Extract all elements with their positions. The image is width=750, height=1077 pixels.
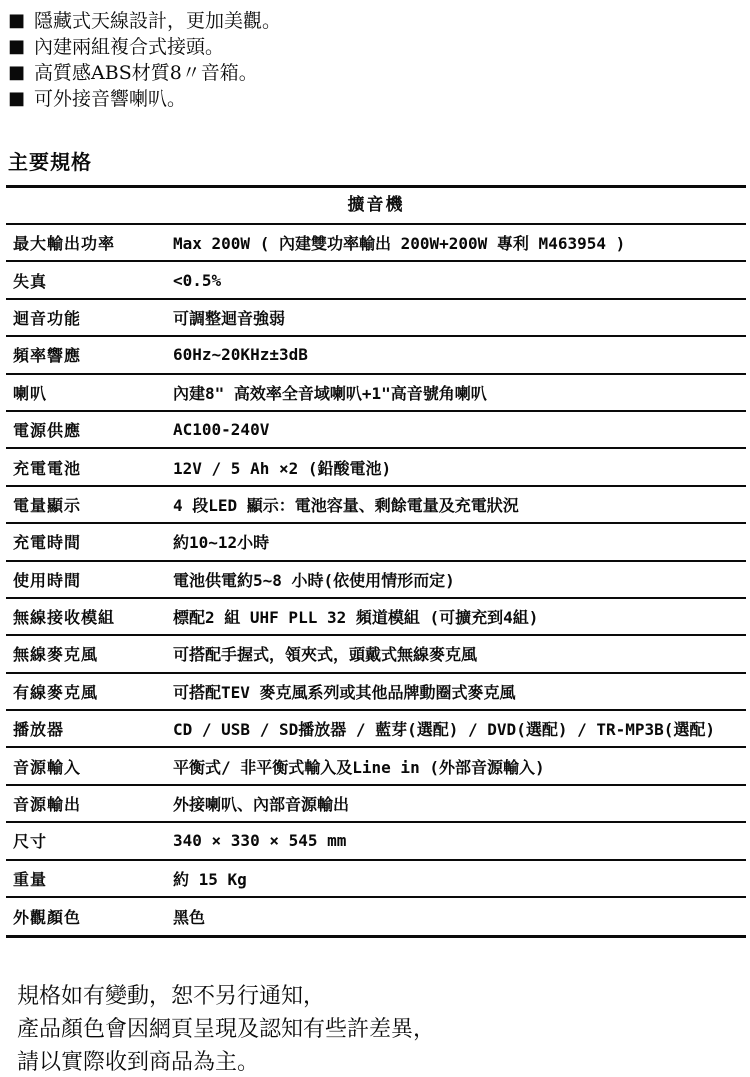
table-row: 失真<0.5% <box>6 262 746 299</box>
table-row: 尺寸340 × 330 × 545 mm <box>6 823 746 860</box>
spec-value: 4 段LED 顯示：電池容量、剩餘電量及充電狀況 <box>173 493 519 516</box>
feature-item: ■內建兩組複合式接頭。 <box>8 34 747 60</box>
feature-text: 隱藏式天線設計，更加美觀。 <box>34 8 281 34</box>
spec-label: 最大輸出功率 <box>6 231 173 254</box>
spec-label: 喇叭 <box>6 381 173 404</box>
spec-label: 無線麥克風 <box>6 642 173 665</box>
feature-list: ■隱藏式天線設計，更加美觀。■內建兩組複合式接頭。■高質感ABS材質8〃音箱。■… <box>6 6 747 112</box>
spec-label: 頻率響應 <box>6 343 173 366</box>
spec-value: 可調整迴音強弱 <box>173 306 285 329</box>
footer-note: 規格如有變動，恕不另行通知，產品顏色會因網頁呈現及認知有些許差異，請以實際收到商… <box>6 980 747 1077</box>
spec-table-header: 擴音機 <box>6 188 746 225</box>
table-row: 電量顯示4 段LED 顯示：電池容量、剩餘電量及充電狀況 <box>6 487 746 524</box>
feature-text: 可外接音響喇叭。 <box>34 86 186 112</box>
spec-value: Max 200W ( 內建雙功率輸出 200W+200W 專利 M463954 … <box>173 231 625 254</box>
spec-value: 可搭配手握式，領夾式，頭戴式無線麥克風 <box>173 642 477 665</box>
spec-value: 340 × 330 × 545 mm <box>173 831 346 850</box>
spec-label: 音源輸入 <box>6 755 173 778</box>
spec-value: 黑色 <box>173 905 205 928</box>
spec-table-body: 最大輸出功率Max 200W ( 內建雙功率輸出 200W+200W 專利 M4… <box>6 225 746 935</box>
footer-line: 規格如有變動，恕不另行通知， <box>17 980 747 1013</box>
table-row: 有線麥克風可搭配TEV 麥克風系列或其他品牌動圈式麥克風 <box>6 674 746 711</box>
spec-label: 無線接收模組 <box>6 605 173 628</box>
spec-label: 有線麥克風 <box>6 680 173 703</box>
table-row: 電源供應AC100-240V <box>6 412 746 449</box>
spec-value: 外接喇叭、內部音源輸出 <box>173 792 349 815</box>
table-row: 頻率響應60Hz~20KHz±3dB <box>6 337 746 374</box>
spec-value: 可搭配TEV 麥克風系列或其他品牌動圈式麥克風 <box>173 680 516 703</box>
table-row: 無線麥克風可搭配手握式，領夾式，頭戴式無線麥克風 <box>6 636 746 673</box>
square-bullet-icon: ■ <box>8 90 25 108</box>
spec-value: 電池供電約5~8 小時(依使用情形而定) <box>173 568 455 591</box>
spec-value: 約 15 Kg <box>173 867 247 890</box>
spec-value: 平衡式/ 非平衡式輸入及Line in (外部音源輸入) <box>173 755 545 778</box>
table-row: 充電電池12V / 5 Ah ×2 (鉛酸電池) <box>6 449 746 486</box>
table-row: 重量約 15 Kg <box>6 861 746 898</box>
footer-line: 產品顏色會因網頁呈現及認知有些許差異， <box>17 1013 747 1046</box>
spec-label: 音源輸出 <box>6 792 173 815</box>
spec-label: 迴音功能 <box>6 306 173 329</box>
table-row: 充電時間約10~12小時 <box>6 524 746 561</box>
table-row: 播放器CD / USB / SD播放器 / 藍芽(選配) / DVD(選配) /… <box>6 711 746 748</box>
table-row: 使用時間電池供電約5~8 小時(依使用情形而定) <box>6 562 746 599</box>
table-row: 音源輸入平衡式/ 非平衡式輸入及Line in (外部音源輸入) <box>6 748 746 785</box>
feature-item: ■高質感ABS材質8〃音箱。 <box>8 60 747 86</box>
spec-label: 播放器 <box>6 717 173 740</box>
table-row: 外觀顏色黑色 <box>6 898 746 935</box>
spec-label: 充電電池 <box>6 456 173 479</box>
spec-label: 重量 <box>6 867 173 890</box>
square-bullet-icon: ■ <box>8 38 25 56</box>
feature-item: ■可外接音響喇叭。 <box>8 86 747 112</box>
spec-label: 充電時間 <box>6 530 173 553</box>
table-row: 最大輸出功率Max 200W ( 內建雙功率輸出 200W+200W 專利 M4… <box>6 225 746 262</box>
spec-value: 60Hz~20KHz±3dB <box>173 345 308 364</box>
spec-label: 失真 <box>6 269 173 292</box>
spec-label: 外觀顏色 <box>6 905 173 928</box>
spec-value: 標配2 組 UHF PLL 32 頻道模組 (可擴充到4組) <box>173 605 538 628</box>
spec-label: 使用時間 <box>6 568 173 591</box>
spec-value: <0.5% <box>173 271 221 290</box>
table-row: 喇叭內建8" 高效率全音域喇叭+1"高音號角喇叭 <box>6 375 746 412</box>
feature-item: ■隱藏式天線設計，更加美觀。 <box>8 8 747 34</box>
section-title: 主要規格 <box>8 146 747 175</box>
spec-value: 12V / 5 Ah ×2 (鉛酸電池) <box>173 456 391 479</box>
spec-label: 電源供應 <box>6 418 173 441</box>
product-spec-document: ■隱藏式天線設計，更加美觀。■內建兩組複合式接頭。■高質感ABS材質8〃音箱。■… <box>0 0 750 1077</box>
square-bullet-icon: ■ <box>8 12 25 30</box>
spec-table: 擴音機 最大輸出功率Max 200W ( 內建雙功率輸出 200W+200W 專… <box>6 185 746 938</box>
spec-value: 約10~12小時 <box>173 530 269 553</box>
table-row: 無線接收模組標配2 組 UHF PLL 32 頻道模組 (可擴充到4組) <box>6 599 746 636</box>
square-bullet-icon: ■ <box>8 64 25 82</box>
table-row: 迴音功能可調整迴音強弱 <box>6 300 746 337</box>
table-row: 音源輸出外接喇叭、內部音源輸出 <box>6 786 746 823</box>
spec-value: 內建8" 高效率全音域喇叭+1"高音號角喇叭 <box>173 381 487 404</box>
spec-value: AC100-240V <box>173 420 269 439</box>
footer-line: 請以實際收到商品為主。 <box>17 1046 747 1077</box>
feature-text: 內建兩組複合式接頭。 <box>34 34 224 60</box>
spec-label: 尺寸 <box>6 829 173 852</box>
feature-text: 高質感ABS材質8〃音箱。 <box>34 60 258 86</box>
spec-value: CD / USB / SD播放器 / 藍芽(選配) / DVD(選配) / TR… <box>173 717 715 740</box>
spec-label: 電量顯示 <box>6 493 173 516</box>
